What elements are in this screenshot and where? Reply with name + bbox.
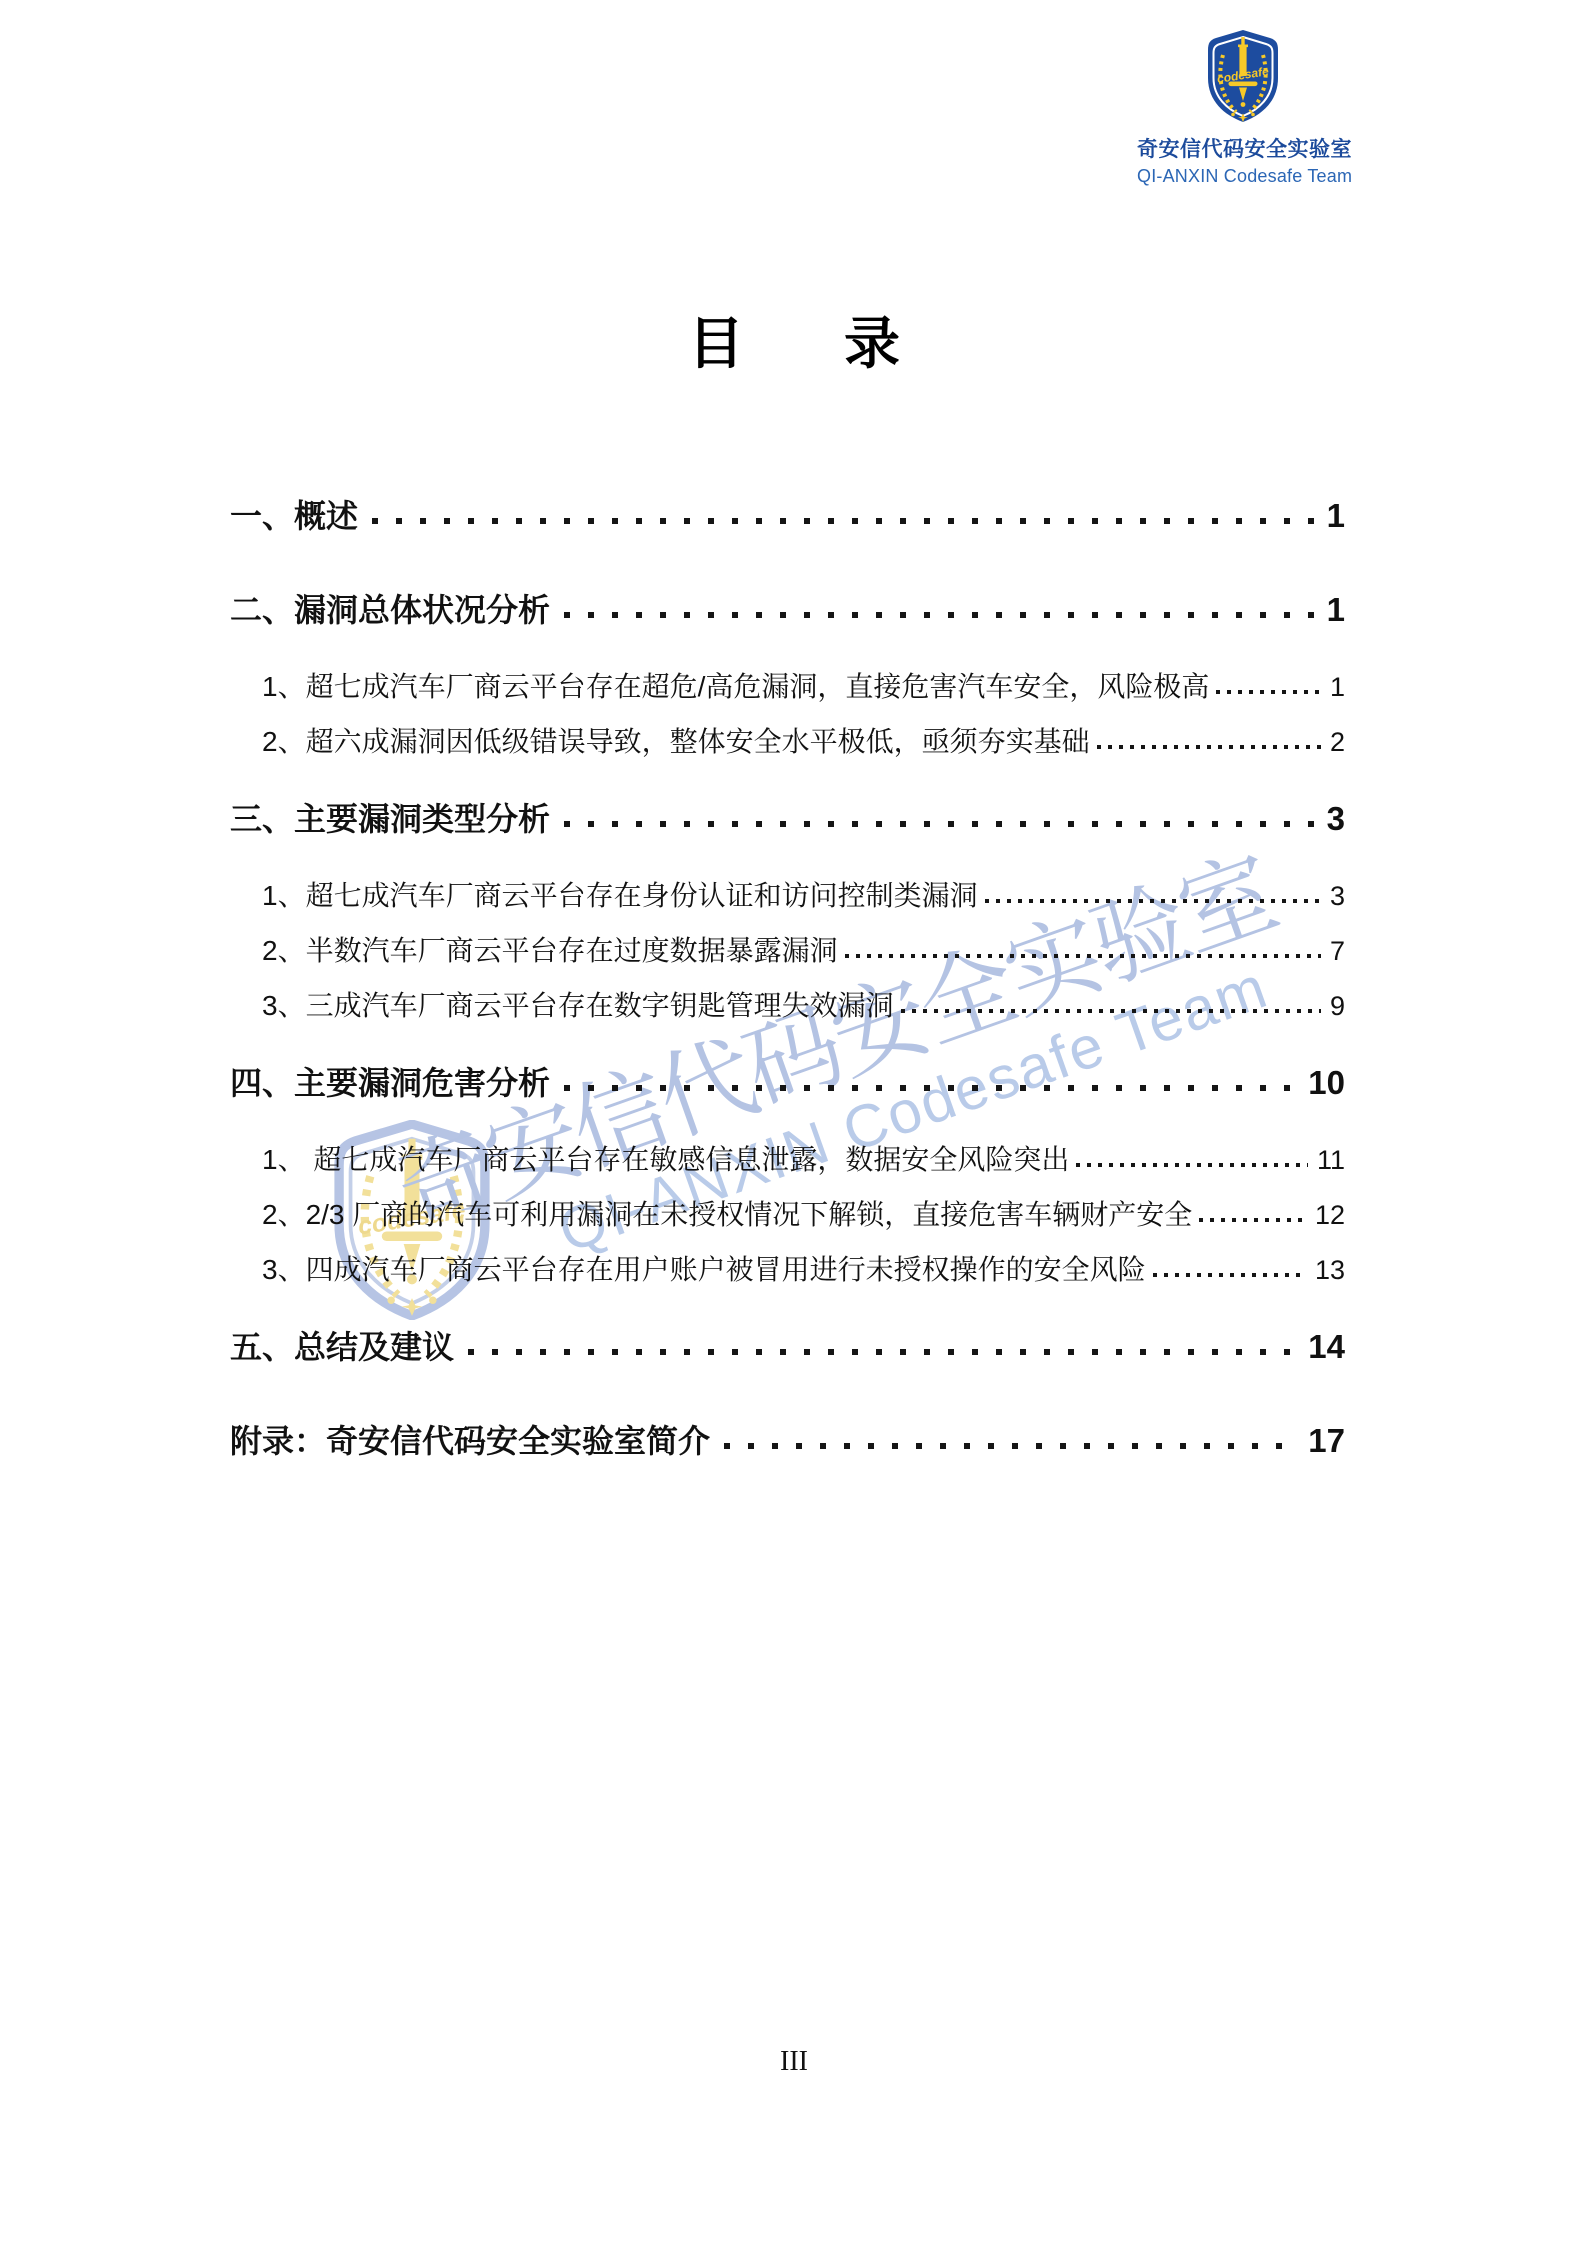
toc-dot-leader — [1090, 739, 1330, 751]
toc-entry[interactable]: 附录：奇安信代码安全实验室简介17 — [230, 1419, 1345, 1463]
toc-entry-label: 1、超七成汽车厂商云平台存在超危/高危漏洞，直接危害汽车安全，风险极高 — [262, 668, 1209, 705]
toc-list: 一、概述1二、漏洞总体状况分析11、超七成汽车厂商云平台存在超危/高危漏洞，直接… — [230, 494, 1345, 1463]
brand-name-cn: 奇安信代码安全实验室 — [1137, 133, 1349, 163]
toc-page-number: 9 — [1330, 988, 1345, 1025]
toc-entry-label: 2、2/3 厂商的汽车可利用漏洞在未授权情况下解锁，直接危害车辆财产安全 — [262, 1196, 1192, 1233]
toc-page-number: 3 — [1330, 878, 1345, 915]
toc-entry[interactable]: 五、总结及建议14 — [230, 1325, 1345, 1369]
toc-entry-label: 3、三成汽车厂商云平台存在数字钥匙管理失效漏洞 — [262, 987, 894, 1024]
codesafe-shield-logo-icon: codesafe — [1206, 28, 1280, 124]
toc-dot-leader — [550, 818, 1327, 830]
toc-page-number: 11 — [1317, 1142, 1345, 1179]
toc-entry-label: 3、四成汽车厂商云平台存在用户账户被冒用进行未授权操作的安全风险 — [262, 1251, 1146, 1288]
toc-dot-leader — [454, 1346, 1308, 1358]
toc-entry[interactable]: 2、超六成漏洞因低级错误导致，整体安全水平极低，亟须夯实基础2 — [230, 723, 1345, 761]
toc-dot-leader — [1192, 1212, 1315, 1224]
toc-entry-label: 2、超六成漏洞因低级错误导致，整体安全水平极低，亟须夯实基础 — [262, 723, 1090, 760]
toc-entry-label: 1、 超七成汽车厂商云平台存在敏感信息泄露，数据安全风险突出 — [262, 1141, 1069, 1178]
toc-page-number: 1 — [1330, 669, 1345, 706]
toc-page-number: 10 — [1308, 1061, 1345, 1105]
toc-entry-label: 2、半数汽车厂商云平台存在过度数据暴露漏洞 — [262, 932, 838, 969]
toc-page-number: 2 — [1330, 724, 1345, 761]
toc-dot-leader — [978, 893, 1330, 905]
content-area: 目 录 一、概述1二、漏洞总体状况分析11、超七成汽车厂商云平台存在超危/高危漏… — [0, 0, 1588, 2245]
toc-dot-leader — [358, 515, 1327, 527]
toc-entry-label: 四、主要漏洞危害分析 — [230, 1061, 550, 1105]
toc-entry[interactable]: 1、超七成汽车厂商云平台存在超危/高危漏洞，直接危害汽车安全，风险极高1 — [230, 668, 1345, 706]
toc-page-number: 1 — [1327, 494, 1345, 538]
toc-entry[interactable]: 二、漏洞总体状况分析1 — [230, 588, 1345, 632]
toc-page-number: 12 — [1315, 1197, 1345, 1234]
page-number: III — [0, 2046, 1588, 2078]
toc-entry[interactable]: 3、四成汽车厂商云平台存在用户账户被冒用进行未授权操作的安全风险13 — [230, 1251, 1345, 1289]
toc-entry-label: 附录：奇安信代码安全实验室简介 — [230, 1419, 710, 1463]
toc-page-number: 14 — [1308, 1325, 1345, 1369]
toc-dot-leader — [838, 948, 1330, 960]
toc-dot-leader — [550, 1082, 1308, 1094]
toc-page-number: 17 — [1308, 1419, 1345, 1463]
toc-dot-leader — [1146, 1267, 1315, 1279]
toc-dot-leader — [1209, 684, 1330, 696]
toc-dot-leader — [1069, 1157, 1317, 1169]
toc-entry[interactable]: 四、主要漏洞危害分析10 — [230, 1061, 1345, 1105]
toc-entry-label: 三、主要漏洞类型分析 — [230, 797, 550, 841]
toc-page-number: 1 — [1327, 588, 1345, 632]
toc-entry-label: 1、超七成汽车厂商云平台存在身份认证和访问控制类漏洞 — [262, 877, 978, 914]
toc-entry[interactable]: 2、半数汽车厂商云平台存在过度数据暴露漏洞7 — [230, 932, 1345, 970]
toc-entry[interactable]: 1、超七成汽车厂商云平台存在身份认证和访问控制类漏洞3 — [230, 877, 1345, 915]
toc-entry[interactable]: 3、三成汽车厂商云平台存在数字钥匙管理失效漏洞9 — [230, 987, 1345, 1025]
toc-page-number: 3 — [1327, 797, 1345, 841]
toc-dot-leader — [710, 1440, 1308, 1452]
toc-entry-label: 一、概述 — [230, 494, 358, 538]
page-title-char: 目 — [688, 315, 744, 373]
brand-name-en: QI-ANXIN Codesafe Team — [1137, 166, 1349, 187]
toc-dot-leader — [894, 1003, 1330, 1015]
toc-page-number: 7 — [1330, 933, 1345, 970]
toc-dot-leader — [550, 609, 1327, 621]
document-page: codesafe 奇安信代码安全实验室 QI-ANXIN Codesafe Te… — [0, 0, 1588, 2245]
toc-entry[interactable]: 2、2/3 厂商的汽车可利用漏洞在未授权情况下解锁，直接危害车辆财产安全12 — [230, 1196, 1345, 1234]
toc-entry-label: 二、漏洞总体状况分析 — [230, 588, 550, 632]
page-title-char: 录 — [844, 315, 900, 373]
toc-page-number: 13 — [1315, 1252, 1345, 1289]
header-brand-block: codesafe 奇安信代码安全实验室 QI-ANXIN Codesafe Te… — [1137, 28, 1349, 187]
page-title: 目 录 — [0, 315, 1588, 373]
toc-entry[interactable]: 三、主要漏洞类型分析3 — [230, 797, 1345, 841]
toc-entry[interactable]: 1、 超七成汽车厂商云平台存在敏感信息泄露，数据安全风险突出11 — [230, 1141, 1345, 1179]
toc-entry-label: 五、总结及建议 — [230, 1325, 454, 1369]
toc-entry[interactable]: 一、概述1 — [230, 494, 1345, 538]
